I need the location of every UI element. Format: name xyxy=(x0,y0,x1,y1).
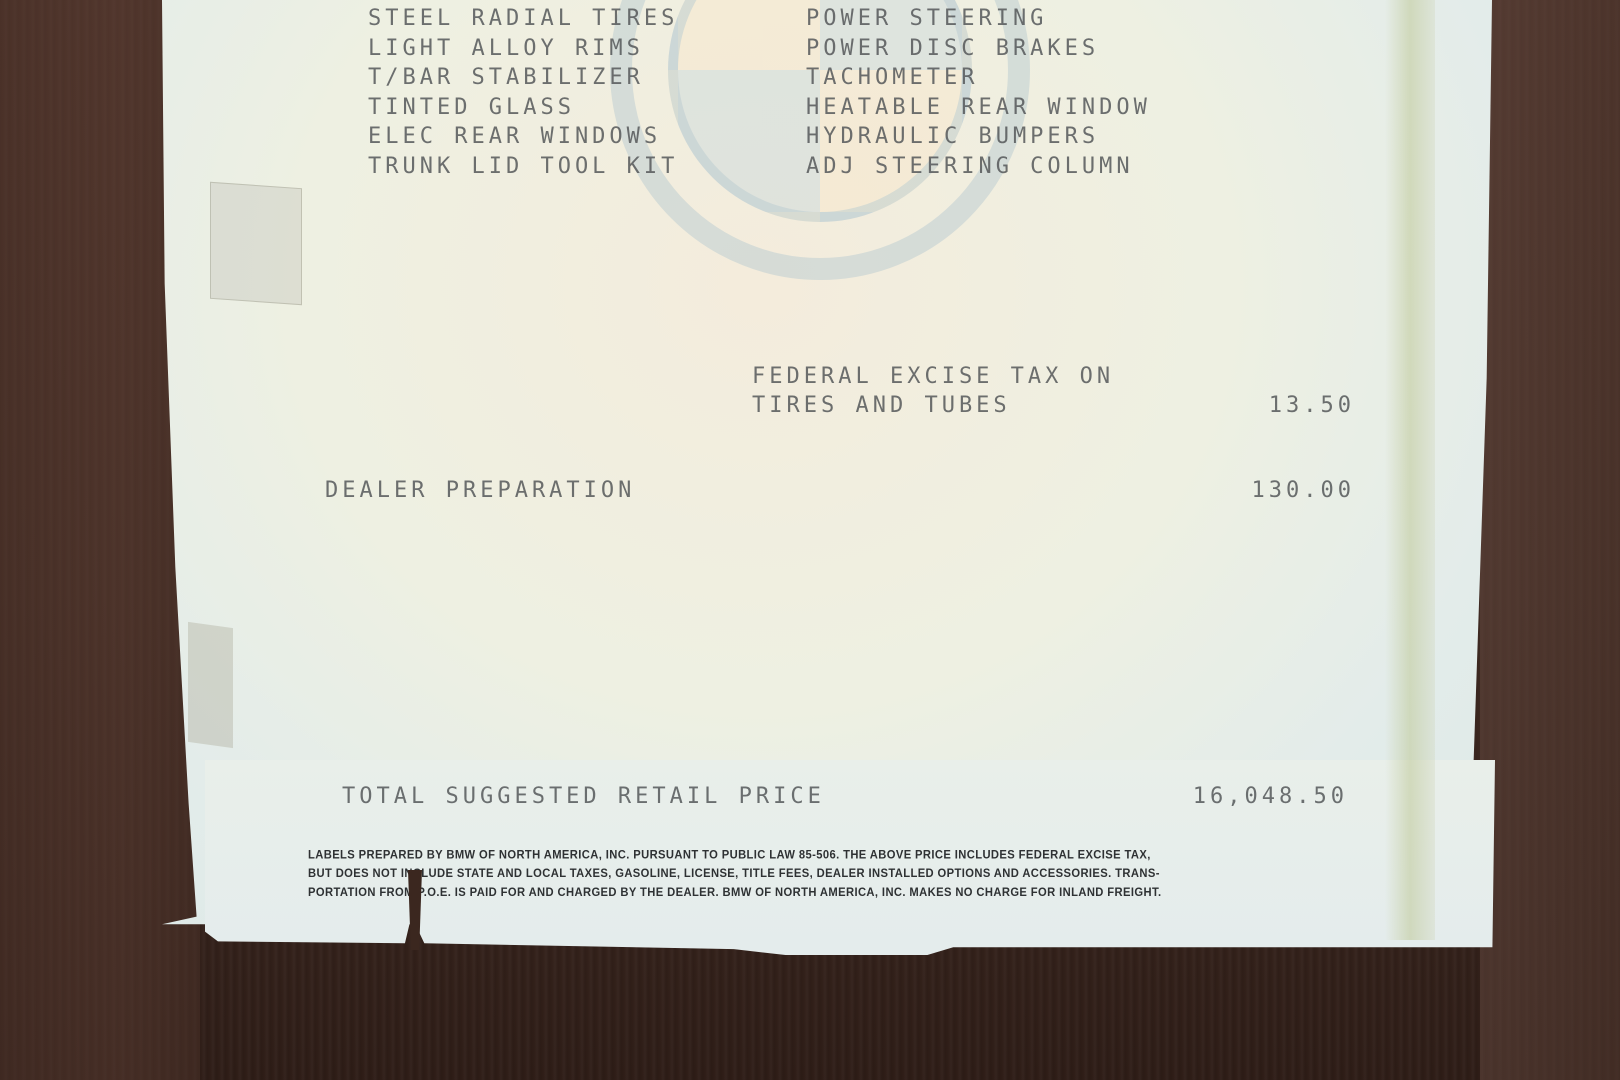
equipment-item: TACHOMETER xyxy=(806,63,1151,93)
equipment-item: POWER DISC BRAKES xyxy=(806,34,1151,64)
excise-tax-label-line1: FEDERAL EXCISE TAX ON xyxy=(752,364,1114,389)
equipment-item: HEATABLE REAR WINDOW xyxy=(806,93,1151,123)
tape-piece xyxy=(188,622,233,748)
equipment-item: STEEL RADIAL TIRES xyxy=(368,4,678,34)
equipment-item: ELEC REAR WINDOWS xyxy=(368,122,678,152)
tape-piece xyxy=(210,182,302,305)
equipment-item: TINTED GLASS xyxy=(368,93,678,123)
excise-tax-label-line2: TIRES AND TUBES xyxy=(752,393,1011,418)
dealer-prep-label: DEALER PREPARATION xyxy=(325,478,635,503)
wood-surface-right xyxy=(1480,0,1620,1080)
fine-print-line: LABELS PREPARED BY BMW OF NORTH AMERICA,… xyxy=(308,846,1338,865)
fine-print-line: BUT DOES NOT INCLUDE STATE AND LOCAL TAX… xyxy=(308,865,1338,884)
equipment-item: T/BAR STABILIZER xyxy=(368,63,678,93)
paper-stain-band xyxy=(1385,0,1435,940)
equipment-item: HYDRAULIC BUMPERS xyxy=(806,122,1151,152)
fine-print: LABELS PREPARED BY BMW OF NORTH AMERICA,… xyxy=(308,846,1338,903)
total-price-amount: 16,048.50 xyxy=(1120,784,1348,809)
equipment-list-right: POWER STEERING POWER DISC BRAKES TACHOME… xyxy=(806,4,1151,181)
fine-print-line: PORTATION FROM P.O.E. IS PAID FOR AND CH… xyxy=(308,883,1338,902)
dealer-prep-amount: 130.00 xyxy=(1180,478,1355,503)
equipment-item: ADJ STEERING COLUMN xyxy=(806,152,1151,182)
paper-tear xyxy=(408,870,422,950)
excise-tax-amount: 13.50 xyxy=(1180,393,1355,418)
equipment-item: LIGHT ALLOY RIMS xyxy=(368,34,678,64)
equipment-item: POWER STEERING xyxy=(806,4,1151,34)
equipment-item: TRUNK LID TOOL KIT xyxy=(368,152,678,182)
total-price-label: TOTAL SUGGESTED RETAIL PRICE xyxy=(342,784,825,809)
equipment-list-left: STEEL RADIAL TIRES LIGHT ALLOY RIMS T/BA… xyxy=(368,4,678,181)
